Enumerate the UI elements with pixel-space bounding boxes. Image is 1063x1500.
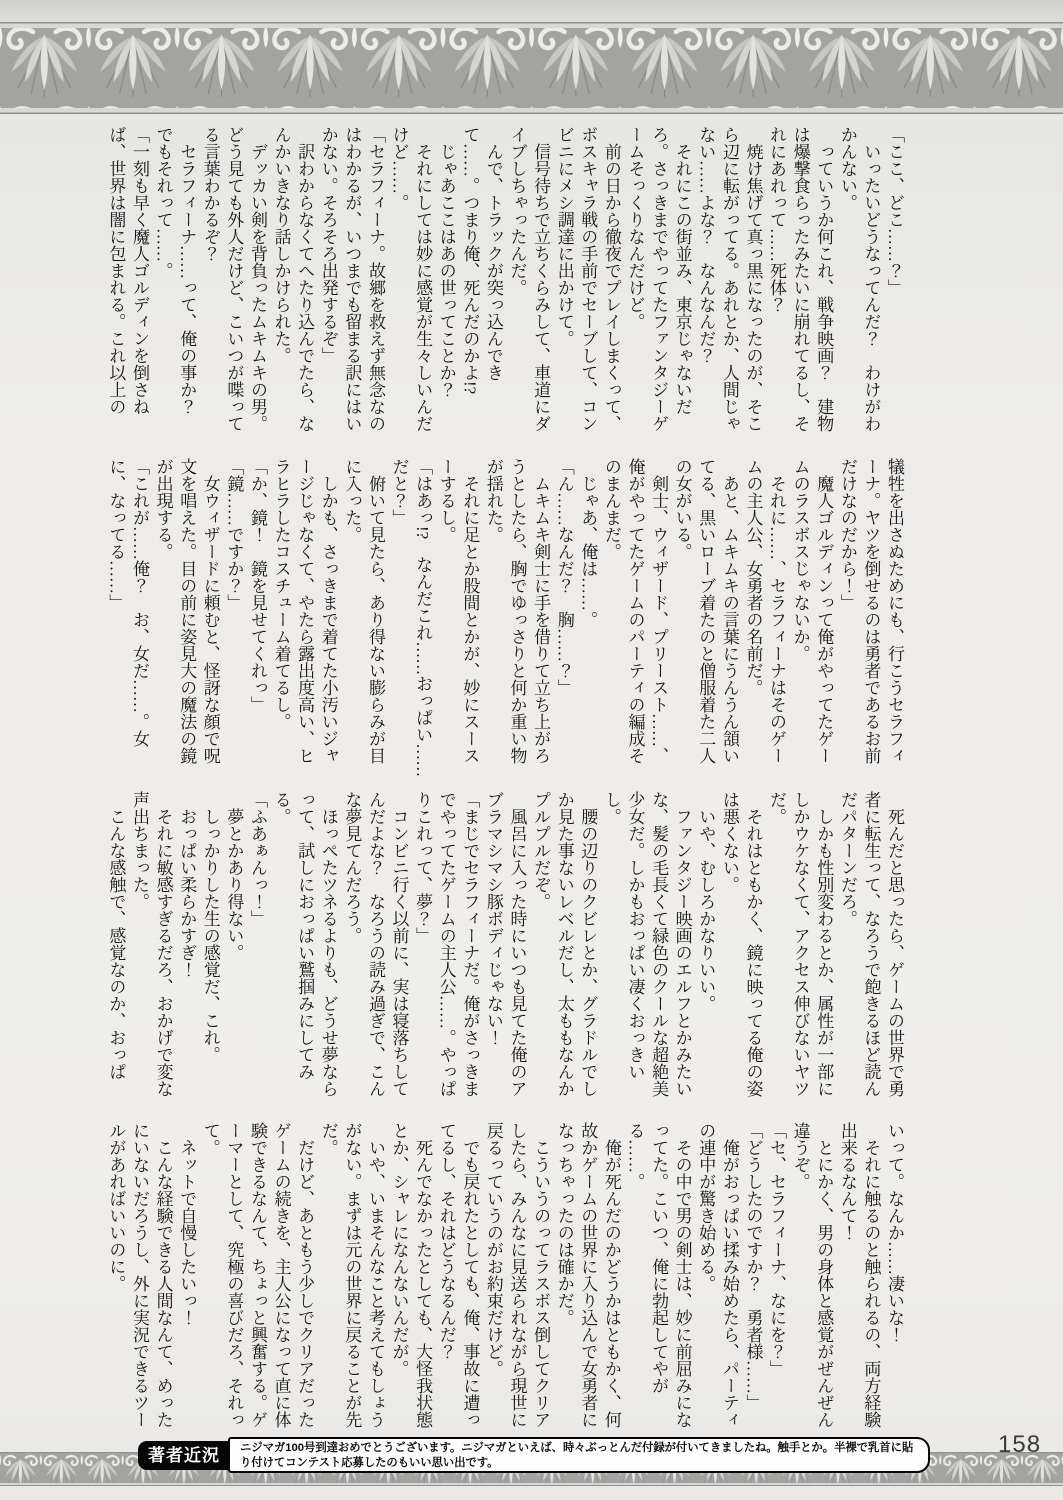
page-number: 158 [998, 1431, 1041, 1459]
ornamental-border-top-icon [0, 22, 1063, 114]
author-note-label: 著者近況 [138, 1441, 230, 1470]
novel-text-row-3: 死んだと思ったら、ゲームの世界で勇者に転生って、なろうで飽きるほど読んだパターン… [100, 791, 906, 1111]
author-note-text: ニジマガ100号到達おめでとうございます。ニジマガといえば、時々ぶっとんだ付録が… [240, 1441, 918, 1470]
book-page: 「ここ、どこ……？」 いったいどうなってんだ？ わけがわかんない。 っていうか何… [0, 0, 1063, 1500]
novel-text-row-4: いって。なんか……凄いな！ それに触るのと触られるの、両方経験出来るなんて！ と… [100, 1122, 906, 1442]
author-note-box: ニジマガ100号到達おめでとうございます。ニジマガといえば、時々ぶっとんだ付録が… [228, 1437, 930, 1473]
novel-text-row-2: 犠牲を出さぬためにも、行こうセラフィーナ。ヤツを倒せるのは勇者であるお前だけなの… [100, 458, 906, 778]
novel-text-row-1: 「ここ、どこ……？」 いったいどうなってんだ？ わけがわかんない。 っていうか何… [100, 126, 906, 446]
